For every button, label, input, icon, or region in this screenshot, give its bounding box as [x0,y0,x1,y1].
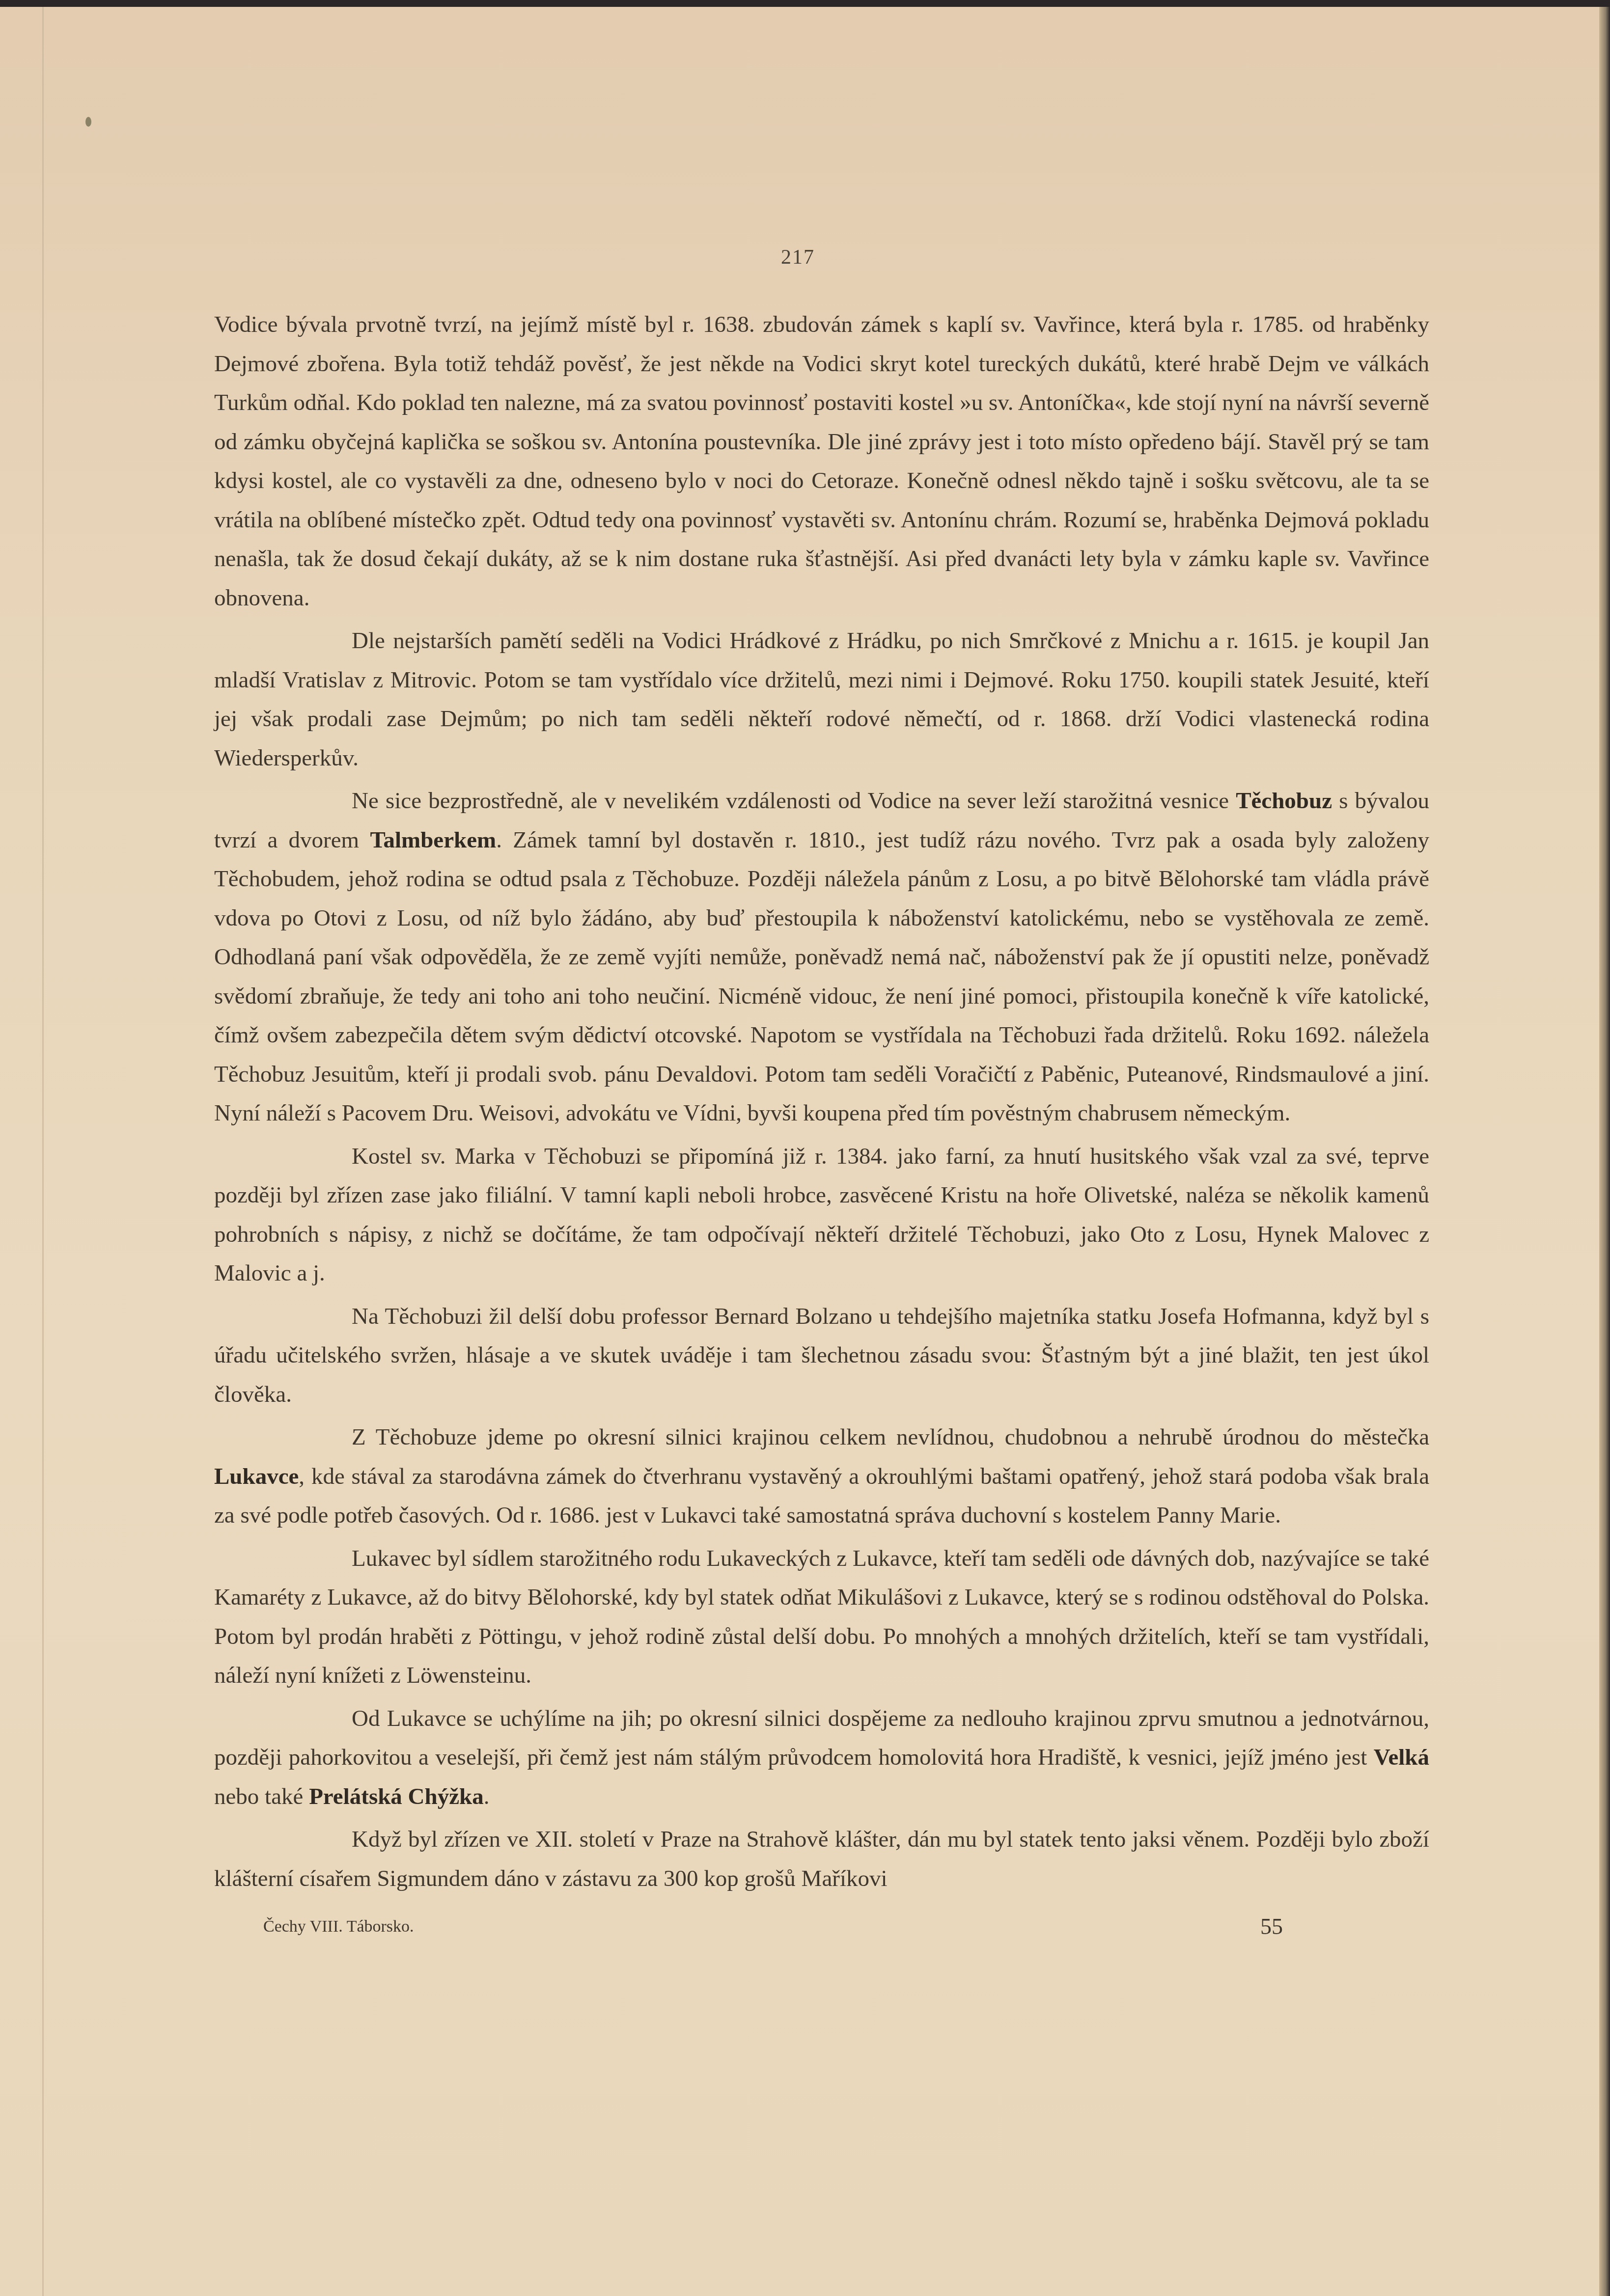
binding-crease [42,7,44,2296]
paragraph-vodice: Vodice bývala prvotně tvrzí, na jejímž m… [214,305,1429,618]
place-name-lukavec: Lukavce [214,1464,299,1489]
ink-spot [85,117,91,127]
text-run: Od Lukavce se uchýlíme na jih; po okresn… [214,1706,1429,1771]
text-run: . [484,1784,490,1809]
paragraph-kostel-marka: Kostel sv. Marka v Těchobuzi se připomín… [214,1137,1429,1293]
paragraph-lukavec-history: Lukavec byl sídlem starožitného rodu Luk… [214,1539,1429,1695]
paragraph-vodice-owners: Dle nejstarších pamětí seděli na Vodici … [214,622,1429,778]
place-name-techobuz: Těchobuz [1236,788,1332,814]
printer-signature: Čechy VIII. Táborsko. [263,1917,414,1936]
page-number: 217 [781,246,815,269]
text-run: Ne sice bezprostředně, ale v nevelikém v… [352,788,1236,814]
text-run: Z Těchobuze jdeme po okresní silnici kra… [352,1424,1429,1450]
paragraph-strahov: Když byl zřízen ve XII. století v Praze … [214,1820,1429,1898]
paragraph-bolzano: Na Těchobuzi žil delší dobu professor Be… [214,1297,1429,1415]
page-footer: Čechy VIII. Táborsko. 55 [214,1917,1429,1947]
sheet-number: 55 [1260,1913,1283,1940]
text-run: nebo také [214,1784,309,1809]
place-name-talmberk: Talmberkem [370,827,496,853]
paragraph-chyzka: Od Lukavce se uchýlíme na jih; po okresn… [214,1699,1429,1817]
body-text: Vodice bývala prvotně tvrzí, na jejímž m… [214,305,1429,1898]
place-name-velka: Velká [1374,1745,1429,1770]
paragraph-lukavec-town: Z Těchobuze jdeme po okresní silnici kra… [214,1418,1429,1535]
text-run: , kde stával za starodávna zámek do čtve… [214,1464,1429,1529]
paragraph-techobuz: Ne sice bezprostředně, ale v nevelikém v… [214,782,1429,1133]
place-name-prelatska-chyzka: Prelátská Chýžka [309,1784,484,1809]
text-run: . Zámek tamní byl dostavěn r. 1810., jes… [214,827,1429,1126]
page-edge [1599,7,1610,2296]
